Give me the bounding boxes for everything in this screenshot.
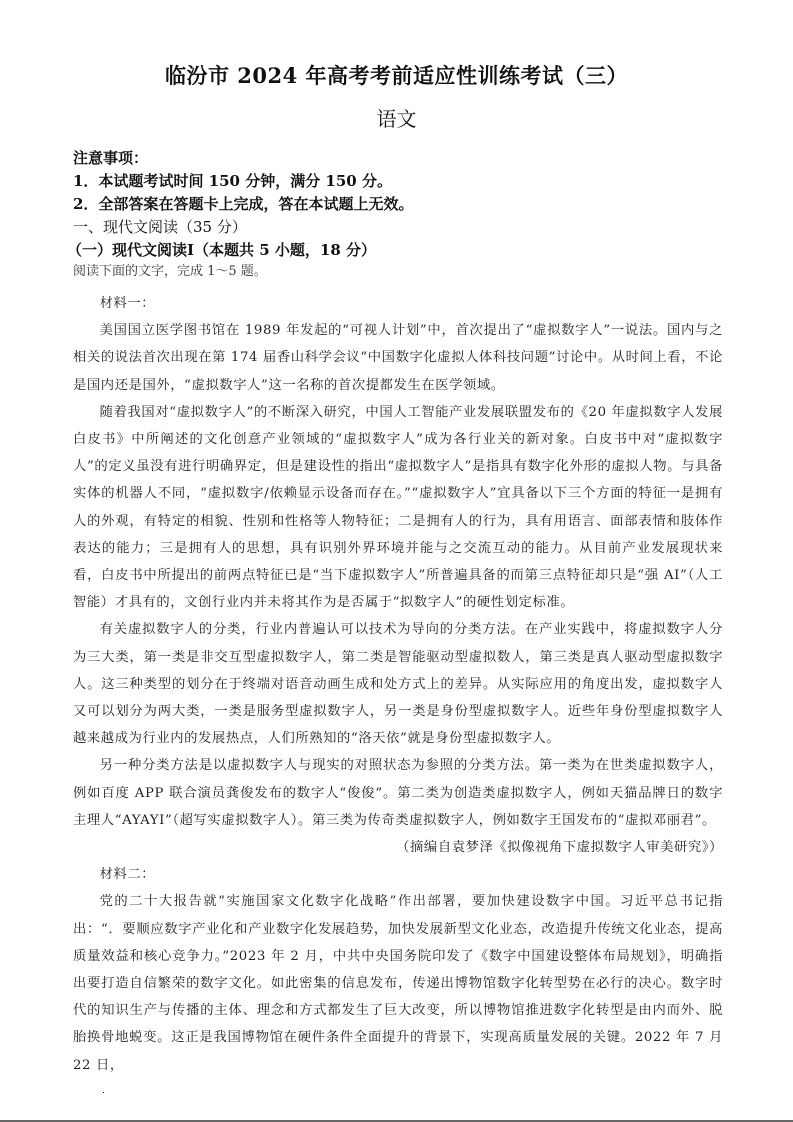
subsection-title: （一）现代文阅读Ⅰ（本题共 5 小题，18 分） <box>67 239 733 262</box>
material-one-paragraph: 美国国立医学图书馆在 1989 年发起的“可视人计划”中，首次提出了“虚拟数字人… <box>73 317 723 399</box>
exam-title: 临汾市 2024 年高考考前适应性训练考试（三） <box>0 60 793 90</box>
note-item: 2．全部答案在答题卡上完成，答在本试题上无效。 <box>73 193 733 216</box>
subject-title: 语文 <box>0 103 793 132</box>
material-one-paragraph: 有关虚拟数字人的分类，行业内普遍认可以技术为导向的分类方法。在产业实践中，将虚拟… <box>73 616 723 752</box>
material-one-label: 材料一： <box>73 290 723 317</box>
notes-block: 注意事项： 1．本试题考试时间 150 分钟，满分 150 分。 2．全部答案在… <box>73 147 733 282</box>
material-two-label: 材料二： <box>73 861 723 888</box>
notes-heading: 注意事项： <box>73 147 733 170</box>
material-one-source: （摘编自袁梦泽《拟像视角下虚拟数字人审美研究》） <box>73 834 723 861</box>
material-one-paragraph: 另一种分类方法是以虚拟数字人与现实的对照状态为参照的分类方法。第一类为在世类虚拟… <box>73 752 723 834</box>
note-item: 1．本试题考试时间 150 分钟，满分 150 分。 <box>73 170 733 193</box>
stray-dot <box>103 1092 104 1093</box>
material-two-paragraph: 党的二十大报告就“实施国家文化数字化战略”作出部署，要加快建设数字中国。习近平总… <box>73 888 723 1078</box>
reading-passage: 材料一： 美国国立医学图书馆在 1989 年发起的“可视人计划”中，首次提出了“… <box>73 290 723 1079</box>
section-title: 一、现代文阅读（35 分） <box>73 216 733 239</box>
material-one-paragraph: 随着我国对“虚拟数字人”的不断深入研究，中国人工智能产业发展联盟发布的《20 年… <box>73 399 723 617</box>
reading-instruction: 阅读下面的文字，完成 1～5 题。 <box>73 262 733 282</box>
exam-page: 临汾市 2024 年高考考前适应性训练考试（三） 语文 注意事项： 1．本试题考… <box>0 0 793 1122</box>
